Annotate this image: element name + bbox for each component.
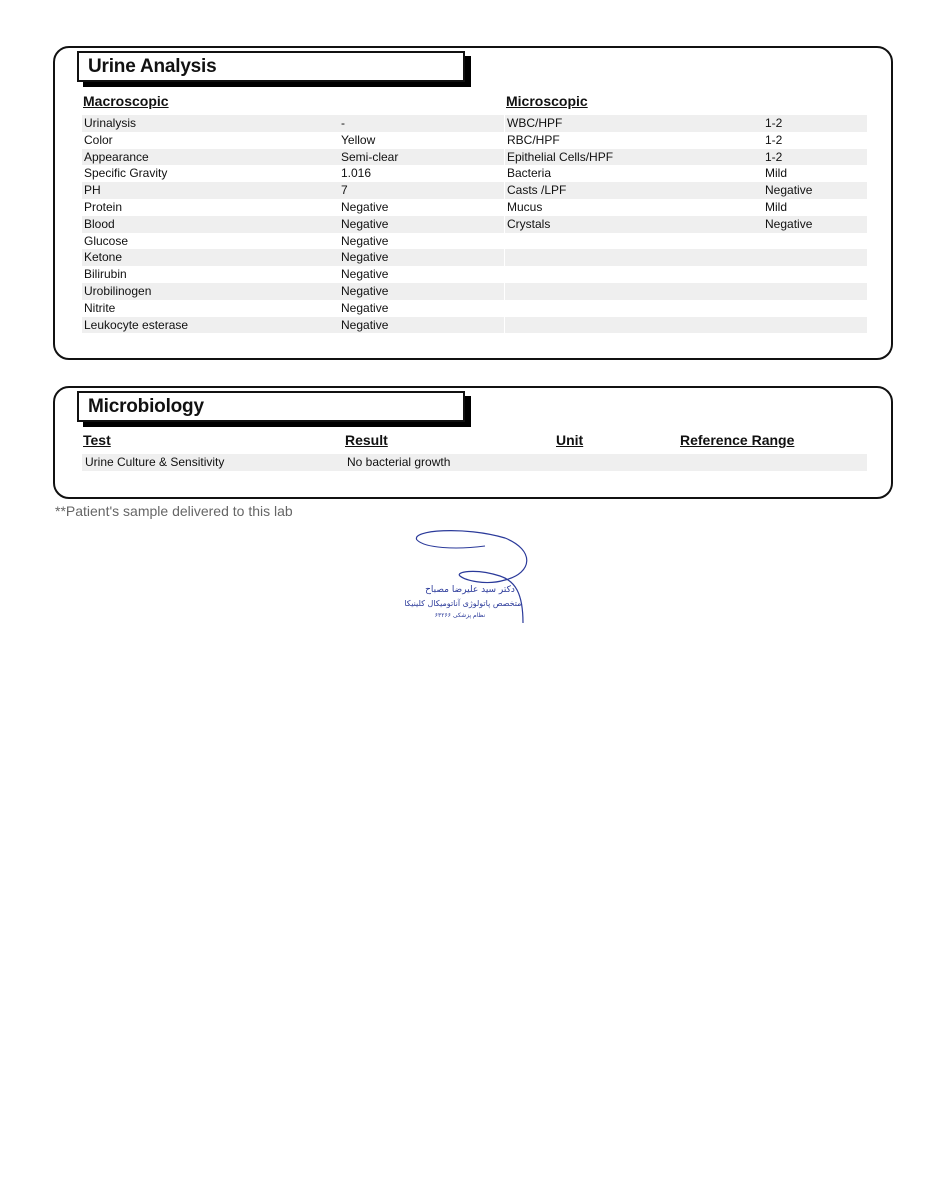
section-title: Urine Analysis bbox=[88, 56, 217, 78]
table-row: NitriteNegative bbox=[82, 300, 504, 317]
empty-table-row bbox=[505, 300, 867, 317]
signature-stamp-icon: دکتر سید علیرضا مصباح متخصص پاتولوژی آنا… bbox=[405, 528, 535, 628]
empty-table-row bbox=[505, 233, 867, 250]
table-row: Leukocyte esteraseNegative bbox=[82, 317, 504, 334]
test-result: 1-2 bbox=[765, 132, 782, 149]
test-result: Negative bbox=[341, 199, 388, 216]
test-name: Leukocyte esterase bbox=[84, 317, 188, 334]
table-row: ProteinNegative bbox=[82, 199, 504, 216]
empty-table-row bbox=[505, 317, 867, 334]
test-name: WBC/HPF bbox=[507, 115, 562, 132]
microscopic-heading: Microscopic bbox=[506, 93, 588, 109]
empty-table-row bbox=[505, 249, 867, 266]
section-title-box: Urine Analysis bbox=[77, 51, 465, 82]
test-result: Semi-clear bbox=[341, 149, 398, 166]
test-name: Glucose bbox=[84, 233, 128, 250]
table-row: AppearanceSemi-clear bbox=[82, 149, 504, 166]
microbiology-table: Urine Culture & SensitivityNo bacterial … bbox=[82, 454, 867, 471]
test-result: 7 bbox=[341, 182, 348, 199]
table-row: KetoneNegative bbox=[82, 249, 504, 266]
test-result: Mild bbox=[765, 199, 787, 216]
test-result: Negative bbox=[765, 182, 812, 199]
section-title: Microbiology bbox=[88, 396, 204, 418]
macroscopic-table: Urinalysis-ColorYellowAppearanceSemi-cle… bbox=[82, 115, 504, 333]
test-result: Negative bbox=[765, 216, 812, 233]
test-result: Negative bbox=[341, 266, 388, 283]
test-result: Yellow bbox=[341, 132, 375, 149]
test-name: Urobilinogen bbox=[84, 283, 151, 300]
test-name: Urine Culture & Sensitivity bbox=[85, 454, 224, 471]
test-name: Bacteria bbox=[507, 165, 551, 182]
table-row: MucusMild bbox=[505, 199, 867, 216]
test-result: No bacterial growth bbox=[347, 454, 450, 471]
macroscopic-heading: Macroscopic bbox=[83, 93, 169, 109]
urine-analysis-card: Urine Analysis Macroscopic Microscopic U… bbox=[53, 46, 893, 360]
section-title-box: Microbiology bbox=[77, 391, 465, 422]
table-row: WBC/HPF1-2 bbox=[505, 115, 867, 132]
table-row: PH7 bbox=[82, 182, 504, 199]
table-row: Urine Culture & SensitivityNo bacterial … bbox=[82, 454, 867, 471]
table-row: BloodNegative bbox=[82, 216, 504, 233]
test-name: Bilirubin bbox=[84, 266, 127, 283]
svg-text:نظام پزشکی ۶۳۲۶۶: نظام پزشکی ۶۳۲۶۶ bbox=[435, 612, 486, 619]
column-header-unit: Unit bbox=[556, 432, 583, 448]
test-name: Ketone bbox=[84, 249, 122, 266]
test-name: Epithelial Cells/HPF bbox=[507, 149, 613, 166]
test-result: 1.016 bbox=[341, 165, 371, 182]
empty-table-row bbox=[505, 266, 867, 283]
column-header-test: Test bbox=[83, 432, 111, 448]
table-row: Urinalysis- bbox=[82, 115, 504, 132]
test-name: Blood bbox=[84, 216, 115, 233]
footer-note: **Patient's sample delivered to this lab bbox=[55, 503, 293, 519]
table-row: BilirubinNegative bbox=[82, 266, 504, 283]
test-name: Crystals bbox=[507, 216, 550, 233]
test-result: Negative bbox=[341, 283, 388, 300]
test-name: RBC/HPF bbox=[507, 132, 560, 149]
table-row: BacteriaMild bbox=[505, 165, 867, 182]
test-name: Protein bbox=[84, 199, 122, 216]
test-result: 1-2 bbox=[765, 115, 782, 132]
svg-text:دکتر سید علیرضا مصباح: دکتر سید علیرضا مصباح bbox=[425, 585, 515, 595]
microbiology-card: Microbiology Test Result Unit Reference … bbox=[53, 386, 893, 499]
column-header-reference-range: Reference Range bbox=[680, 432, 794, 448]
test-name: Nitrite bbox=[84, 300, 115, 317]
microscopic-table: WBC/HPF1-2RBC/HPF1-2Epithelial Cells/HPF… bbox=[505, 115, 867, 333]
table-row: Specific Gravity1.016 bbox=[82, 165, 504, 182]
test-name: Urinalysis bbox=[84, 115, 136, 132]
svg-text:متخصص پاتولوژی آناتومیکال کلین: متخصص پاتولوژی آناتومیکال کلینیکال bbox=[405, 598, 521, 608]
test-name: Specific Gravity bbox=[84, 165, 167, 182]
test-name: PH bbox=[84, 182, 101, 199]
test-result: Negative bbox=[341, 249, 388, 266]
test-result: - bbox=[341, 115, 345, 132]
test-name: Appearance bbox=[84, 149, 149, 166]
test-name: Casts /LPF bbox=[507, 182, 566, 199]
test-name: Mucus bbox=[507, 199, 542, 216]
table-row: Epithelial Cells/HPF1-2 bbox=[505, 149, 867, 166]
table-row: CrystalsNegative bbox=[505, 216, 867, 233]
table-row: RBC/HPF1-2 bbox=[505, 132, 867, 149]
table-row: Casts /LPFNegative bbox=[505, 182, 867, 199]
test-result: Negative bbox=[341, 300, 388, 317]
test-result: Mild bbox=[765, 165, 787, 182]
test-name: Color bbox=[84, 132, 113, 149]
test-result: Negative bbox=[341, 317, 388, 334]
table-row: ColorYellow bbox=[82, 132, 504, 149]
column-header-result: Result bbox=[345, 432, 388, 448]
table-row: GlucoseNegative bbox=[82, 233, 504, 250]
test-result: Negative bbox=[341, 216, 388, 233]
test-result: 1-2 bbox=[765, 149, 782, 166]
table-row: UrobilinogenNegative bbox=[82, 283, 504, 300]
test-result: Negative bbox=[341, 233, 388, 250]
empty-table-row bbox=[505, 283, 867, 300]
